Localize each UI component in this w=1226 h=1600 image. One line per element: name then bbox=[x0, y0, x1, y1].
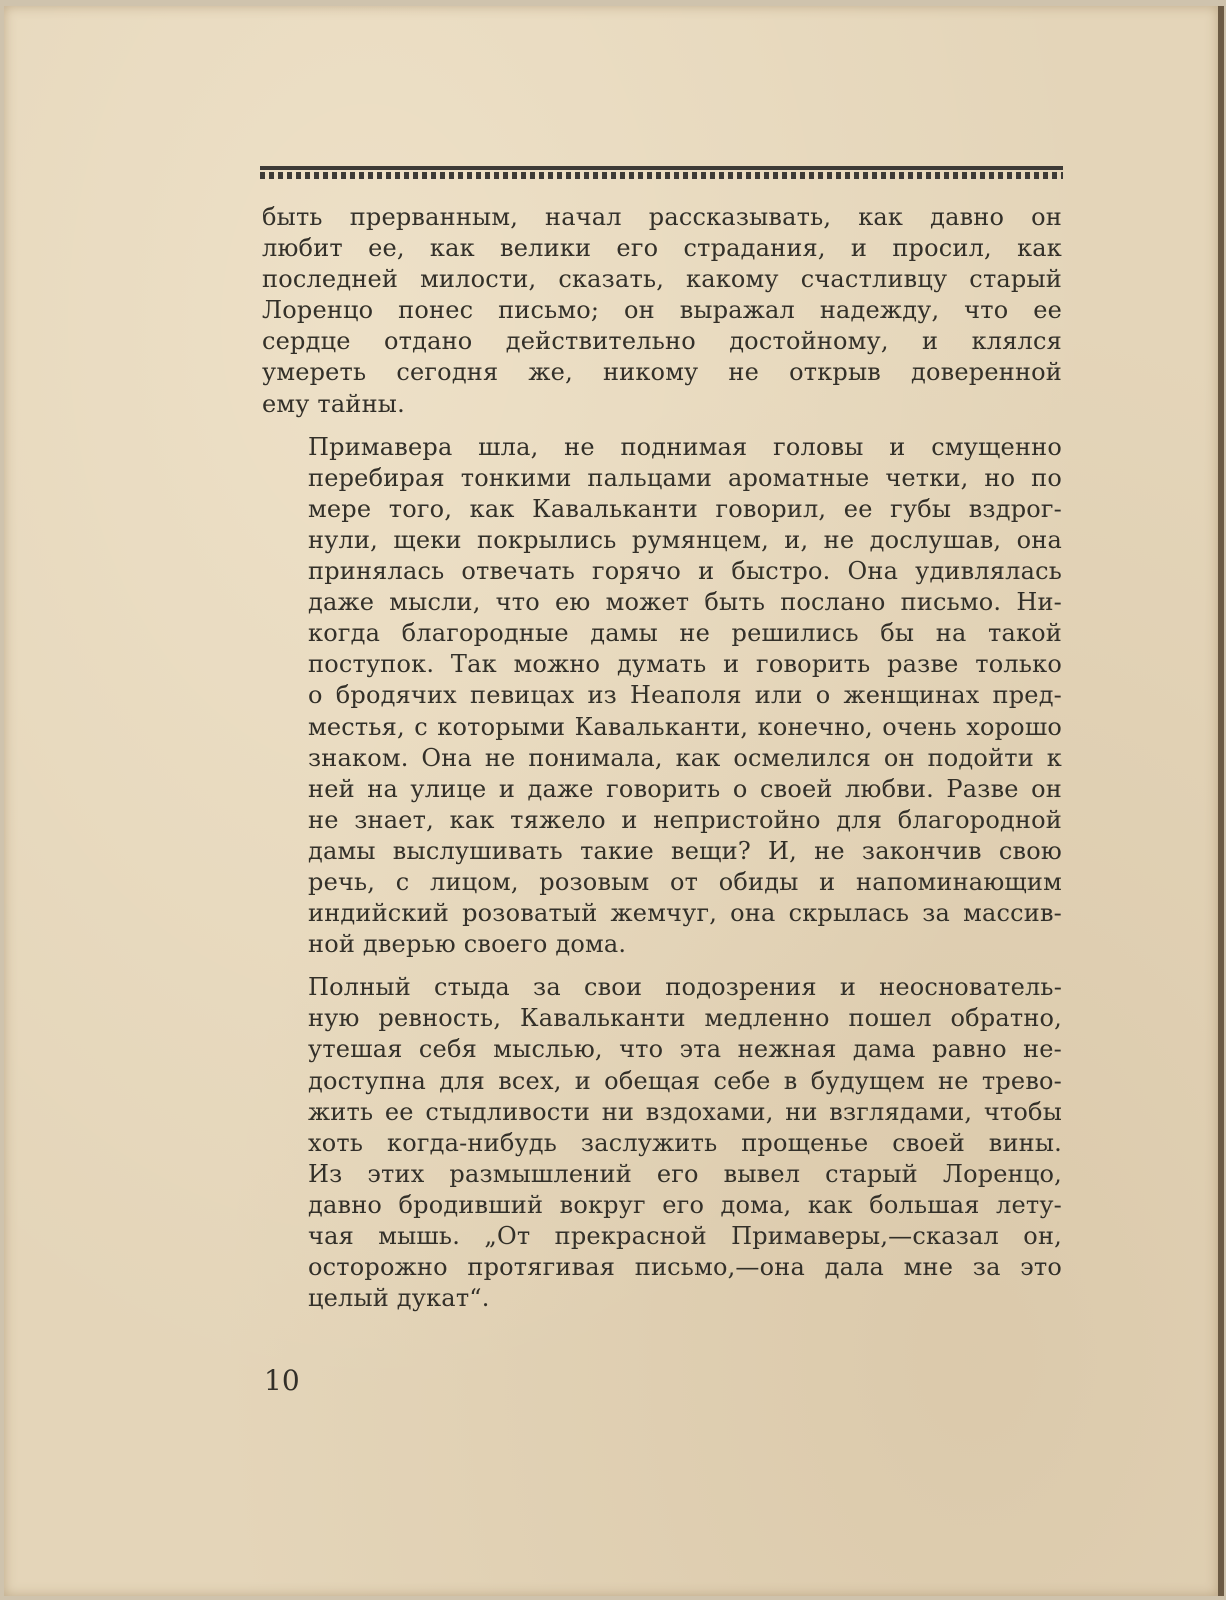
text-line: чая мышь. „От прекрасной Примаверы,—сказ… bbox=[262, 1221, 1062, 1252]
body-text: быть прерванным, начал рассказывать, как… bbox=[262, 202, 1062, 1314]
text-line: о бродячих певицах из Неаполя или о женщ… bbox=[262, 680, 1062, 711]
text-line: осторожно протягивая письмо,—она дала мн… bbox=[262, 1252, 1062, 1283]
text-line: перебирая тонкими пальцами ароматные чет… bbox=[262, 463, 1062, 494]
text-line: утешая себя мыслью, что эта нежная дама … bbox=[262, 1034, 1062, 1065]
text-line: жить ее стыдливости ни вздохами, ни взгл… bbox=[262, 1097, 1062, 1128]
text-line: речь, с лицом, розовым от обиды и напоми… bbox=[262, 867, 1062, 898]
page-number: 10 bbox=[264, 1364, 300, 1397]
rule-teeth bbox=[260, 172, 1063, 179]
text-line: доступна для всех, и обещая себе в будущ… bbox=[262, 1066, 1062, 1097]
text-line: ную ревность, Кавальканти медленно пошел… bbox=[262, 1003, 1062, 1034]
rule-bar bbox=[260, 166, 1063, 170]
text-line: даже мысли, что ею может быть послано пи… bbox=[262, 587, 1062, 618]
text-line: индийский розоватый жемчуг, она скрылась… bbox=[262, 898, 1062, 929]
text-line: дамы выслушивать такие вещи? И, не закон… bbox=[262, 836, 1062, 867]
text-line: ней на улице и даже говорить о своей люб… bbox=[262, 774, 1062, 805]
text-line: быть прерванным, начал рассказывать, как… bbox=[262, 202, 1062, 233]
text-line: Из этих размышлений его вывел старый Лор… bbox=[262, 1159, 1062, 1190]
paragraph: быть прерванным, начал рассказывать, как… bbox=[262, 202, 1062, 420]
text-line: местья, с которыми Кавальканти, конечно,… bbox=[262, 712, 1062, 743]
text-line: Лоренцо понес письмо; он выражал надежду… bbox=[262, 295, 1062, 326]
text-line: хоть когда-нибудь заслужить прощенье сво… bbox=[262, 1128, 1062, 1159]
text-line: ной дверью своего дома. bbox=[262, 929, 1062, 960]
text-line: Примавера шла, не поднимая головы и смущ… bbox=[262, 432, 1062, 463]
text-line: последней милости, сказать, какому счаст… bbox=[262, 264, 1062, 295]
text-line: любит ее, как велики его страдания, и пр… bbox=[262, 233, 1062, 264]
paragraph: Примавера шла, не поднимая головы и смущ… bbox=[262, 432, 1062, 961]
text-line: умереть сегодня же, никому не открыв дов… bbox=[262, 357, 1062, 388]
text-line: целый дукат“. bbox=[262, 1283, 1062, 1314]
text-line: принялась отвечать горячо и быстро. Она … bbox=[262, 556, 1062, 587]
text-line: Полный стыда за свои подозрения и неосно… bbox=[262, 972, 1062, 1003]
paragraph: Полный стыда за свои подозрения и неосно… bbox=[262, 972, 1062, 1314]
text-line: нули, щеки покрылись румянцем, и, не дос… bbox=[262, 525, 1062, 556]
text-line: не знает, как тяжело и непристойно для б… bbox=[262, 805, 1062, 836]
text-line: когда благородные дамы не решились бы на… bbox=[262, 618, 1062, 649]
header-ornament-rule bbox=[260, 166, 1063, 180]
text-line: мере того, как Кавальканти говорил, ее г… bbox=[262, 494, 1062, 525]
text-line: давно бродивший вокруг его дома, как бол… bbox=[262, 1190, 1062, 1221]
text-line: сердце отдано действительно достойному, … bbox=[262, 326, 1062, 357]
text-line: ему тайны. bbox=[262, 389, 1062, 420]
text-line: поступок. Так можно думать и говорить ра… bbox=[262, 649, 1062, 680]
text-line: знаком. Она не понимала, как осмелился о… bbox=[262, 743, 1062, 774]
book-page: быть прерванным, начал рассказывать, как… bbox=[4, 6, 1224, 1596]
